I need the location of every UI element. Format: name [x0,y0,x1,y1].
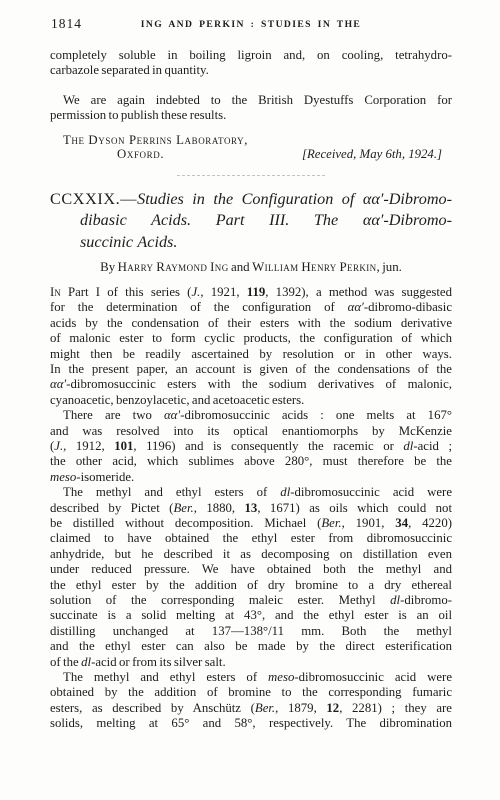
text-line: There are two αα′-dibromosuccinic acids … [50,408,452,423]
text-run: succinate is a solid melting at 43°, and… [50,608,452,622]
text-line: of the dl-acid or from its silver salt. [50,655,452,670]
text-run: claimed to have obtained the ethyl ester… [50,531,452,545]
text-line: (J., 1912, 101, 1196) and is consequentl… [50,439,452,454]
i-text-run: αα′ [348,300,364,314]
text-run: might then be readily ascertained by res… [50,347,452,361]
text-line: In Part I of this series (J., 1921, 119,… [50,285,452,300]
text-line: dibasic Acids. Part III. The αα′-Dibromo… [50,210,452,231]
b-text-run: 12 [326,701,339,715]
article-paragraph-2: There are two αα′-dibromosuccinic acids … [50,408,452,485]
text-run: permission to publish these results. [50,108,226,122]
text-run: solution of the corresponding maleic est… [50,593,390,607]
article-paragraph-1: In Part I of this series (J., 1921, 119,… [50,285,452,408]
text-run: succinic Acids. [80,233,177,251]
text-run: -dibromo- [400,593,452,607]
text-line: anhydride, but he described it as decomp… [50,547,452,562]
text-run: described by Pictet ( [50,501,173,515]
text-run: , 1880, [194,501,245,515]
text-run: By [100,260,117,274]
text-line: distilling unchanged at 137—138°/11 mm. … [50,624,452,639]
text-line: We are again indebted to the British Dye… [50,93,452,108]
text-run: There are two [63,408,164,422]
text-run: , 1671) as oils which could not [257,501,452,515]
text-run: , 1879, [275,701,326,715]
i-text-run: Ber. [255,701,275,715]
text-run: and the ethyl ester can also be made by … [50,639,452,653]
text-run: Studies in the Configuration of αα′-Dibr… [137,190,452,208]
article-byline: By Harry Raymond Ing and William Henry P… [50,260,452,275]
text-line: under reduced pressure. We have obtained… [50,562,452,577]
text-run: solids, melting at 65° and 58°, respecti… [50,716,452,730]
text-run: dibasic Acids. Part III. The αα′-Dibromo… [80,211,452,229]
section-divider [177,175,325,176]
text-run: the ethyl ester by the addition of dry b… [50,578,452,592]
received-date-note: [Received, May 6th, 1924.] [302,147,442,161]
sc-text-run: Harry Raymond Ing [118,260,229,274]
sc-text-run: William Henry Perkin [252,260,376,274]
text-run: anhydride, but he described it as decomp… [50,547,452,561]
text-run: We are again indebted to the British Dye… [63,93,452,107]
article-paragraph-4: The methyl and ethyl esters of meso-dibr… [50,670,452,732]
i-text-run: dl [280,485,290,499]
b-text-run: 34 [395,516,408,530]
text-run: -acid ; [413,439,452,453]
text-line: The methyl and ethyl esters of dl-dibrom… [50,485,452,500]
text-run: -dibromosuccinic esters with the sodium … [66,377,452,391]
text-run: -dibromosuccinic acid were [290,485,452,499]
b-text-run: 101 [114,439,133,453]
i-text-run: meso [268,670,294,684]
text-line: solids, melting at 65° and 58°, respecti… [50,716,452,731]
text-line: the ethyl ester by the addition of dry b… [50,578,452,593]
acknowledgment-paragraph: We are again indebted to the British Dye… [50,93,452,124]
text-run: of malonic ester to form cyclic products… [50,331,452,345]
text-run: distilling unchanged at 137—138°/11 mm. … [50,624,452,638]
text-run: esters, as described by Anschütz ( [50,701,255,715]
text-line: might then be readily ascertained by res… [50,347,452,362]
i-text-run: Ber. [173,501,193,515]
b-text-run: 13 [245,501,258,515]
text-run: , 4220) [408,516,452,530]
i-text-run: Ber. [321,516,341,530]
text-run: , 1912, [63,439,114,453]
text-run: In the present paper, an account is give… [50,362,452,376]
text-run: , 1196) and is consequently the racemic … [133,439,403,453]
text-line: In the present paper, an account is give… [50,362,452,377]
text-run: -dibromo-dibasic [364,300,452,314]
text-run: and [229,260,252,274]
text-line: αα′-dibromosuccinic esters with the sodi… [50,377,452,392]
text-line: of malonic ester to form cyclic products… [50,331,452,346]
i-text-run: αα′ [164,408,180,422]
text-line: the other acid, which sublimes above 280… [50,454,452,469]
continuation-paragraph: completely soluble in boiling ligroin an… [50,48,452,79]
text-line: and the ethyl ester can also be made by … [50,639,452,654]
journal-page: 1814 ING AND PERKIN : STUDIES IN THE com… [0,0,500,732]
text-run: obtained by the addition of bromine to t… [50,685,452,699]
text-line: By Harry Raymond Ing and William Henry P… [50,260,452,275]
i-text-run: dl [390,593,400,607]
i-text-run: dl [403,439,413,453]
text-run: for the determination of the configurati… [50,300,348,314]
text-run: , 1921, [200,285,246,299]
sc-text-run: In [50,285,61,299]
text-run: -dibromosuccinic acid were [294,670,452,684]
text-run: The methyl and ethyl esters of [63,485,280,499]
i-text-run: αα′ [50,377,66,391]
text-line: obtained by the addition of bromine to t… [50,685,452,700]
text-run: cyanoacetic, benzoylacetic, and acetoace… [50,393,304,407]
text-run: , 1901, [342,516,396,530]
text-line: acids by the condensation of their ester… [50,316,452,331]
b-text-run: 119 [247,285,266,299]
page-header: 1814 ING AND PERKIN : STUDIES IN THE [50,16,452,31]
running-header: ING AND PERKIN : STUDIES IN THE [50,19,452,30]
text-run: , 1392), a method was suggested [265,285,452,299]
article-paragraph-3: The methyl and ethyl esters of dl-dibrom… [50,485,452,670]
text-run: and was resolved into its optical enanti… [50,424,452,438]
text-line: for the determination of the configurati… [50,300,452,315]
text-run: be distilled without decomposition. Mich… [50,516,321,530]
text-line: be distilled without decomposition. Mich… [50,516,452,531]
text-line: described by Pictet (Ber., 1880, 13, 167… [50,501,452,516]
text-run: , jun. [377,260,402,274]
text-run: -isomeride. [76,470,134,484]
text-line: and was resolved into its optical enanti… [50,424,452,439]
i-text-run: J. [191,285,200,299]
signature-block: The Dyson Perrins Laboratory, Oxford. [R… [50,133,452,161]
text-line: solution of the corresponding maleic est… [50,593,452,608]
text-run: -dibromosuccinic acids : one melts at 16… [180,408,452,422]
i-text-run: J. [54,439,63,453]
text-line: esters, as described by Anschütz (Ber., … [50,701,452,716]
rm-text-run: CCXXIX.— [50,190,137,208]
text-line: completely soluble in boiling ligroin an… [50,48,452,63]
text-run: completely soluble in boiling ligroin an… [50,48,452,62]
text-run: acids by the condensation of their ester… [50,316,452,330]
text-run: carbazole separated in quantity. [50,63,209,77]
text-line: succinate is a solid melting at 43°, and… [50,608,452,623]
text-run: Part I of this series ( [61,285,192,299]
text-run: under reduced pressure. We have obtained… [50,562,452,576]
text-line: meso-isomeride. [50,470,452,485]
i-text-run: dl [81,655,91,669]
text-line: permission to publish these results. [50,108,452,123]
article-title: CCXXIX.—Studies in the Configuration of … [50,189,452,253]
text-line: succinic Acids. [50,232,452,253]
text-run: , 2281) ; they are [339,701,452,715]
text-line: carbazole separated in quantity. [50,63,452,78]
text-line: cyanoacetic, benzoylacetic, and acetoace… [50,393,452,408]
text-line: The methyl and ethyl esters of meso-dibr… [50,670,452,685]
signature-laboratory: The Dyson Perrins Laboratory, [63,133,452,147]
text-run: the other acid, which sublimes above 280… [50,454,452,468]
text-run: of the [50,655,81,669]
text-run: -acid or from its silver salt. [91,655,226,669]
text-run: The methyl and ethyl esters of [63,670,268,684]
text-line: CCXXIX.—Studies in the Configuration of … [50,189,452,210]
i-text-run: meso [50,470,76,484]
text-line: claimed to have obtained the ethyl ester… [50,531,452,546]
